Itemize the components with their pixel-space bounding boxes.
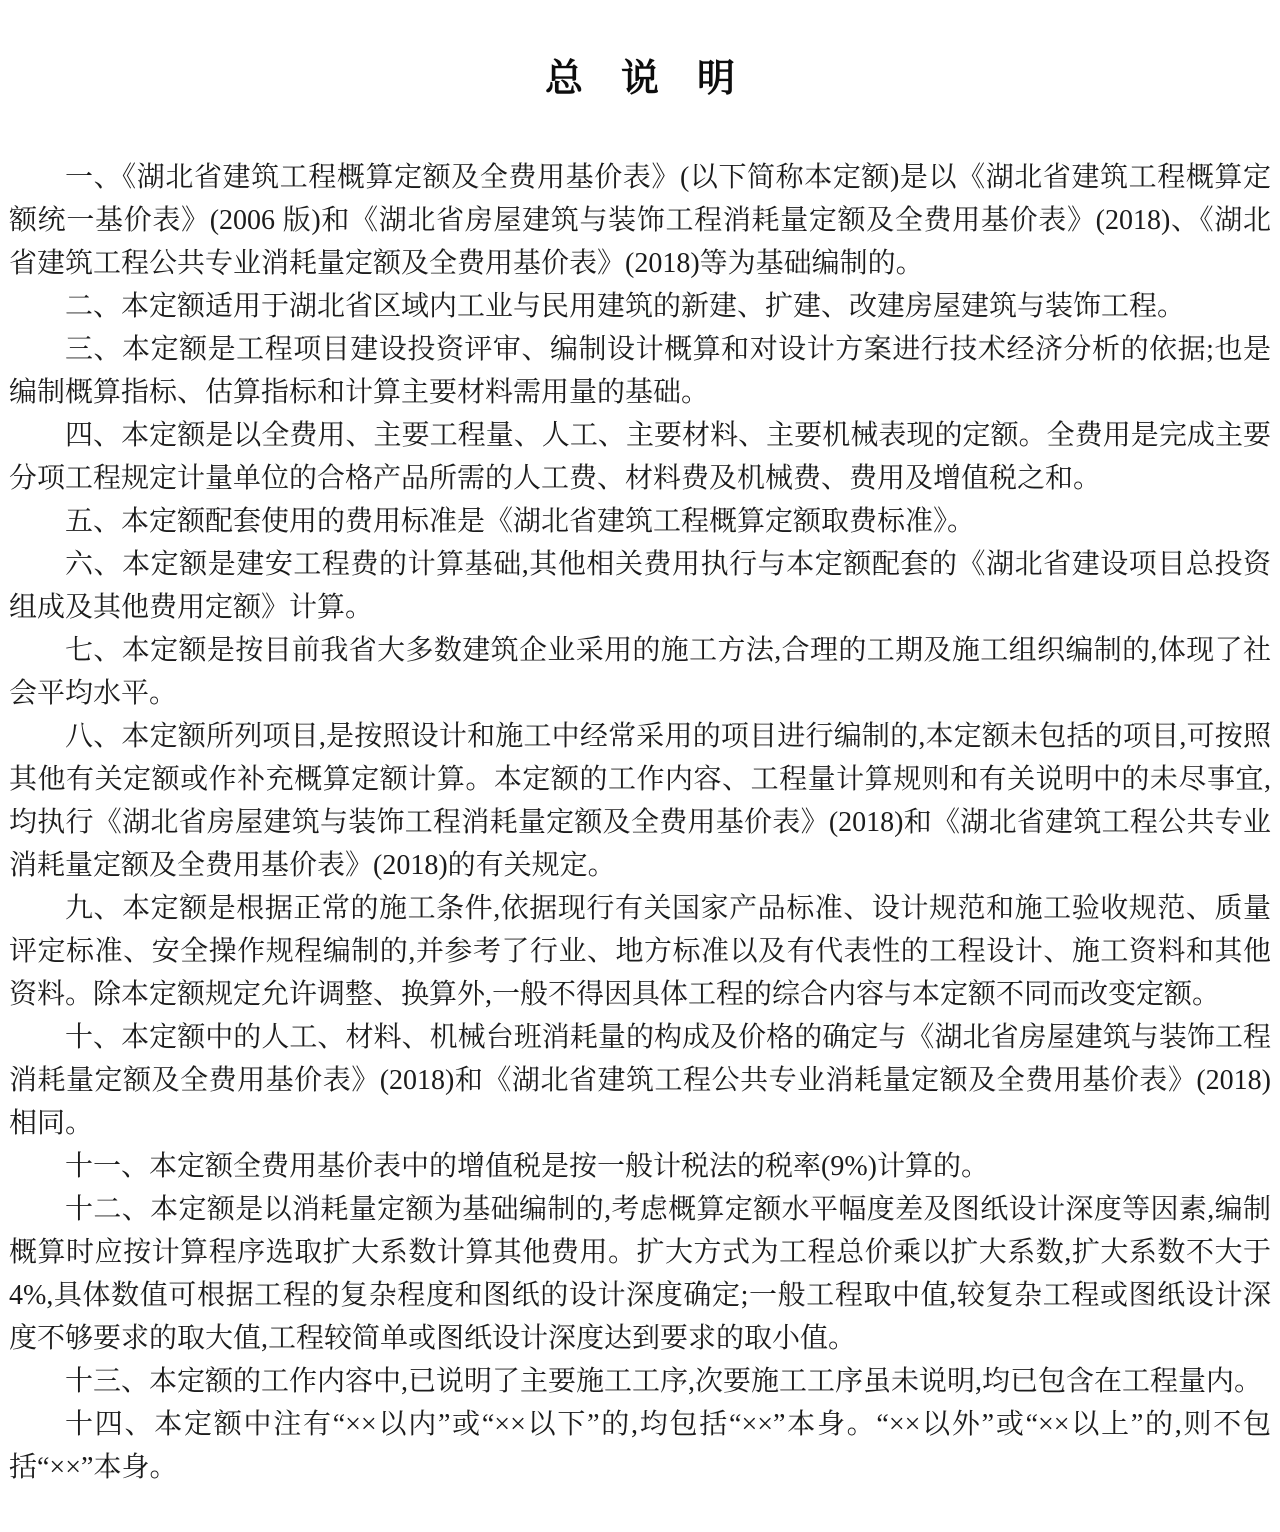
paragraph-14: 十四、本定额中注有“××以内”或“××以下”的,均包括“××”本身。“××以外”… [9, 1403, 1271, 1489]
paragraph-8: 八、本定额所列项目,是按照设计和施工中经常采用的项目进行编制的,本定额未包括的项… [9, 715, 1271, 887]
paragraph-6: 六、本定额是建安工程费的计算基础,其他相关费用执行与本定额配套的《湖北省建设项目… [9, 543, 1271, 629]
page-title: 总 说 明 [9, 56, 1271, 102]
paragraph-4: 四、本定额是以全费用、主要工程量、人工、主要材料、主要机械表现的定额。全费用是完… [9, 414, 1271, 500]
paragraph-1: 一、《湖北省建筑工程概算定额及全费用基价表》(以下简称本定额)是以《湖北省建筑工… [9, 156, 1271, 285]
paragraph-12: 十二、本定额是以消耗量定额为基础编制的,考虑概算定额水平幅度差及图纸设计深度等因… [9, 1188, 1271, 1360]
paragraph-11: 十一、本定额全费用基价表中的增值税是按一般计税法的税率(9%)计算的。 [9, 1145, 1271, 1188]
paragraph-13: 十三、本定额的工作内容中,已说明了主要施工工序,次要施工工序虽未说明,均已包含在… [9, 1360, 1271, 1403]
paragraph-7: 七、本定额是按目前我省大多数建筑企业采用的施工方法,合理的工期及施工组织编制的,… [9, 629, 1271, 715]
document-body: 一、《湖北省建筑工程概算定额及全费用基价表》(以下简称本定额)是以《湖北省建筑工… [9, 156, 1271, 1489]
paragraph-5: 五、本定额配套使用的费用标准是《湖北省建筑工程概算定额取费标准》。 [9, 500, 1271, 543]
paragraph-3: 三、本定额是工程项目建设投资评审、编制设计概算和对设计方案进行技术经济分析的依据… [9, 328, 1271, 414]
paragraph-10: 十、本定额中的人工、材料、机械台班消耗量的构成及价格的确定与《湖北省房屋建筑与装… [9, 1016, 1271, 1145]
document-page: 总 说 明 一、《湖北省建筑工程概算定额及全费用基价表》(以下简称本定额)是以《… [0, 0, 1280, 1532]
paragraph-2: 二、本定额适用于湖北省区域内工业与民用建筑的新建、扩建、改建房屋建筑与装饰工程。 [9, 285, 1271, 328]
paragraph-9: 九、本定额是根据正常的施工条件,依据现行有关国家产品标准、设计规范和施工验收规范… [9, 887, 1271, 1016]
